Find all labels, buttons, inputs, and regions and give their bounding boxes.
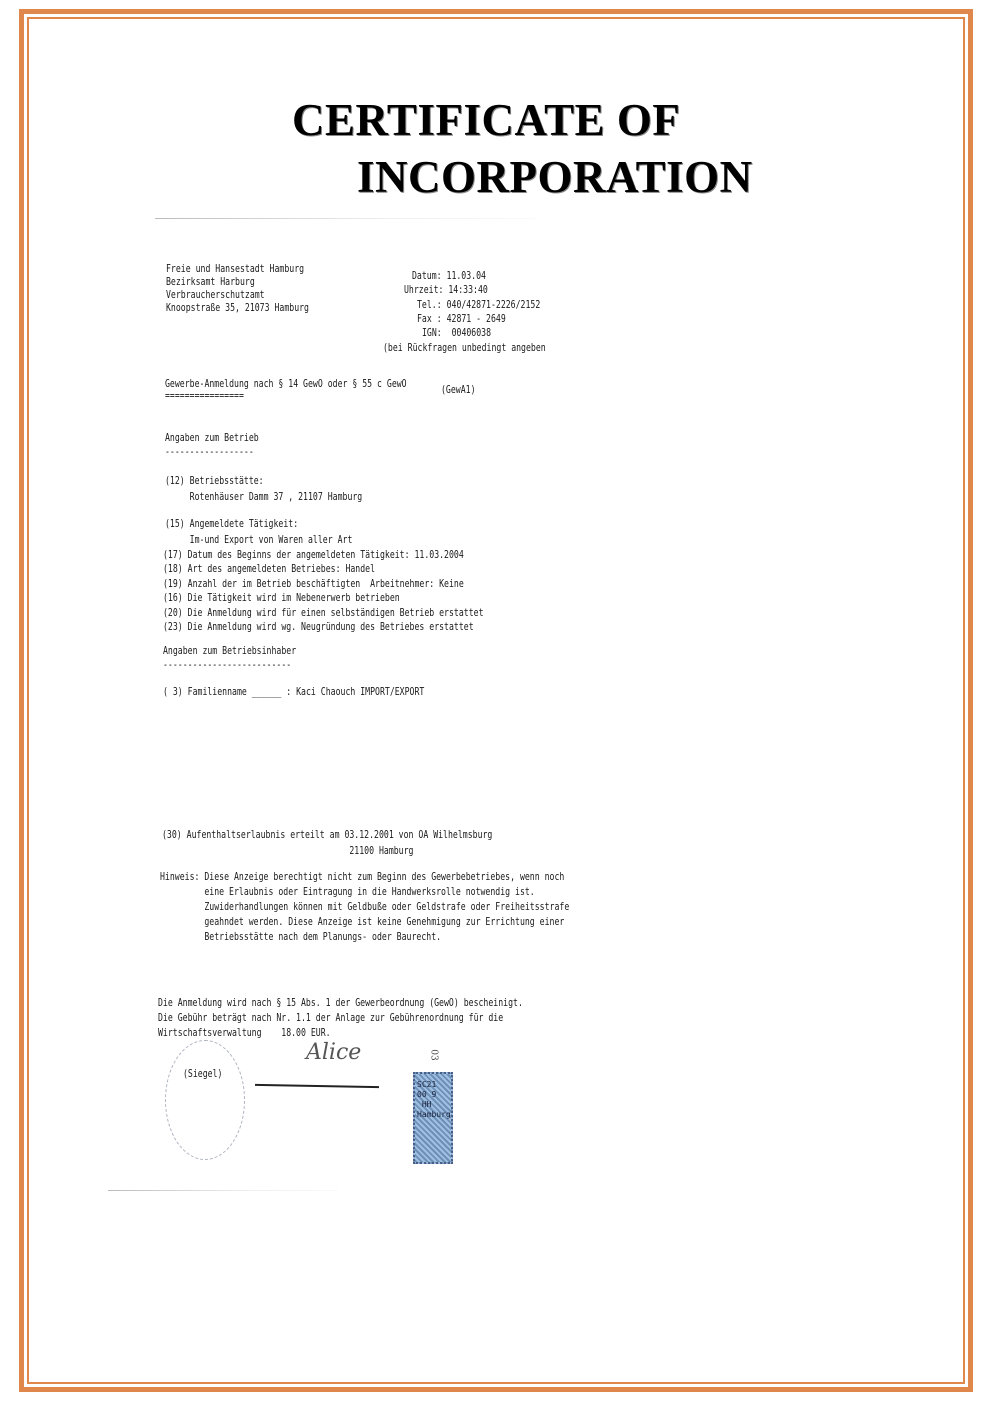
business-heading: Angaben zum Betrieb [165,432,259,445]
business-item: (17) Datum des Beginns der angemeldeten … [163,549,464,562]
business-item: (20) Die Anmeldung wird für einen selbst… [163,607,484,620]
notice-line: Zuwiderhandlungen können mit Geldbuße od… [160,901,569,914]
form-code: (GewA1) [441,384,476,397]
authority-line: Knoopstraße 35, 21073 Hamburg [166,302,309,314]
authority-address: Freie und Hansestadt Hamburg Bezirksamt … [166,263,309,315]
notice-line: Hinweis: Diese Anzeige berechtigt nicht … [160,871,564,884]
document-meta: Datum: 11.03.04 [412,270,486,283]
business-item: (16) Die Tätigkeit wird im Nebenerwerb b… [163,592,400,605]
certificate-title-line1: CERTIFICATE OF [292,98,680,143]
authority-line: Verbraucherschutzamt [166,289,265,301]
business-item: (12) Betriebsstätte: [165,475,264,488]
residence-permit: (30) Aufenthaltserlaubnis erteilt am 03.… [162,829,492,842]
business-item: (19) Anzahl der im Betrieb beschäftigten… [163,578,464,591]
authority-line: Freie und Hansestadt Hamburg [166,263,304,275]
notice-line: Betriebsstätte nach dem Planungs- oder B… [160,931,441,944]
residence-permit-city: 21100 Hamburg [162,845,413,858]
certification-line: Die Gebühr beträgt nach Nr. 1.1 der Anla… [158,1012,503,1025]
authority-line: Bezirksamt Harburg [166,276,255,288]
official-seal-icon [165,1040,245,1160]
certification-line: Die Anmeldung wird nach § 15 Abs. 1 der … [158,997,523,1010]
certification-line: Wirtschaftsverwaltung 18.00 EUR. [158,1027,331,1040]
document-meta-note: (bei Rückfragen unbedingt angeben [383,342,546,355]
document-meta-time: Uhrzeit: 14:33:40 [404,284,488,297]
document-meta-ign: IGN: 00406038 [422,327,491,340]
form-heading-rule: ================ [165,390,244,403]
revenue-stamp-text: SC21 00 9 HH Hamburg [417,1080,451,1120]
document-meta-tel: Tel.: 040/42871-2226/2152 [417,299,540,312]
scan-bottom-edge [108,1190,338,1191]
meta-date: Datum: 11.03.04 [412,270,486,282]
document-meta-fax: Fax : 42871 - 2649 [417,313,506,326]
scan-top-edge [155,218,535,219]
owner-heading-rule: -------------------------- [163,659,291,672]
business-heading-rule: ------------------ [165,446,254,459]
notice-line: eine Erlaubnis oder Eintragung in die Ha… [160,886,535,899]
business-item: Rotenhäuser Damm 37 , 21107 Hamburg [165,491,362,504]
revenue-stamp-date: 03 [429,1049,439,1060]
seal-label: (Siegel) [183,1068,222,1081]
notice-line: geahndet werden. Diese Anzeige ist keine… [160,916,564,929]
owner-heading: Angaben zum Betriebsinhaber [163,645,296,658]
signature: Alice [306,1040,361,1065]
certificate-title-line2: INCORPORATION [357,155,753,200]
business-item: (23) Die Anmeldung wird wg. Neugründung … [163,621,474,634]
business-item: (15) Angemeldete Tätigkeit: [165,518,298,531]
page-border-inner [27,17,965,1384]
business-item: Im-und Export von Waren aller Art [165,534,352,547]
owner-family-name: ( 3) Familienname ______ : Kaci Chaouch … [163,686,424,699]
business-item: (18) Art des angemeldeten Betriebes: Han… [163,563,375,576]
